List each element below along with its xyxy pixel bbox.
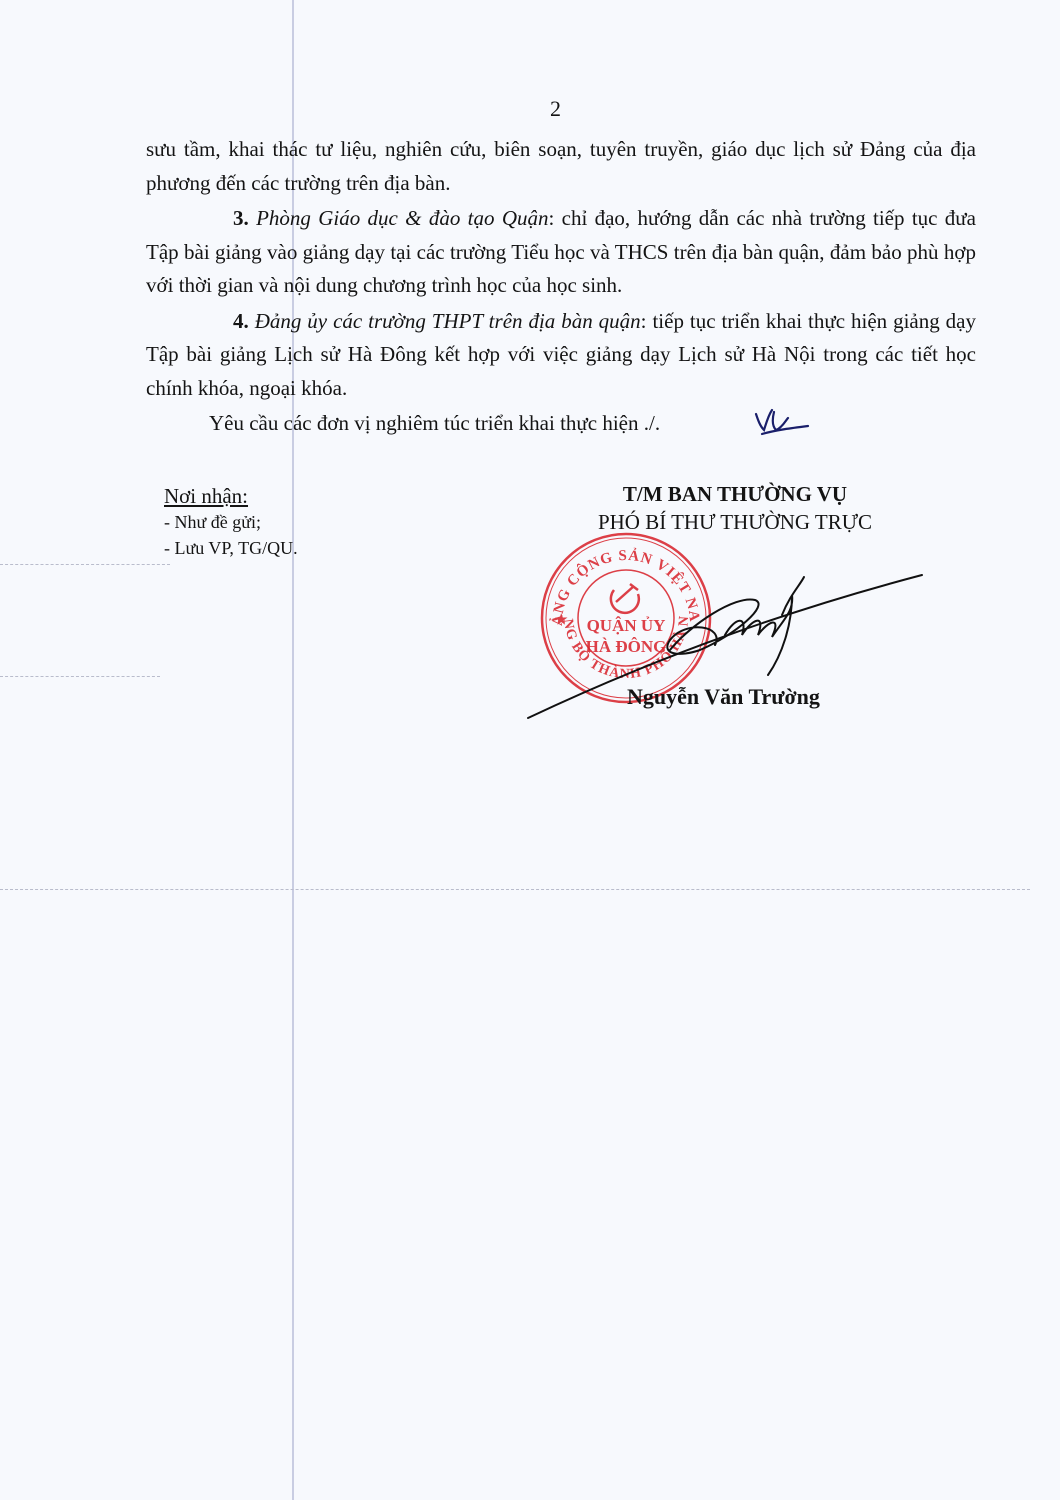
- recipient-item: - Như đề gửi;: [164, 509, 298, 535]
- recipients-title: Nơi nhận:: [164, 483, 298, 509]
- scan-artifact-line: [0, 889, 1030, 890]
- item-number: 4.: [233, 309, 249, 333]
- paragraph-item-4: 4. Đảng ủy các trường THPT trên địa bàn …: [146, 305, 976, 406]
- closing-request: Yêu cầu các đơn vị nghiêm túc triển khai…: [146, 407, 976, 441]
- item-number: 3.: [233, 206, 249, 230]
- signer-name: Nguyễn Văn Trường: [627, 684, 820, 710]
- paragraph-item-3: 3. Phòng Giáo dục & đào tạo Quận: chỉ đạ…: [146, 202, 976, 303]
- paragraph-continuation: sưu tầm, khai thác tư liệu, nghiên cứu, …: [146, 133, 976, 200]
- body-text: sưu tầm, khai thác tư liệu, nghiên cứu, …: [146, 133, 976, 441]
- scan-artifact-line: [0, 564, 170, 565]
- recipients-block: Nơi nhận: - Như đề gửi; - Lưu VP, TG/QU.: [164, 483, 298, 561]
- on-behalf-title: T/M BAN THƯỜNG VỤ: [540, 480, 930, 508]
- handwritten-initial-mark: [752, 406, 812, 438]
- scan-artifact-line: [0, 676, 160, 677]
- page-number: 2: [550, 96, 561, 122]
- recipient-item: - Lưu VP, TG/QU.: [164, 535, 298, 561]
- item-heading: Đảng ủy các trường THPT trên địa bàn quậ…: [255, 309, 641, 333]
- item-heading: Phòng Giáo dục & đào tạo Quận: [256, 206, 548, 230]
